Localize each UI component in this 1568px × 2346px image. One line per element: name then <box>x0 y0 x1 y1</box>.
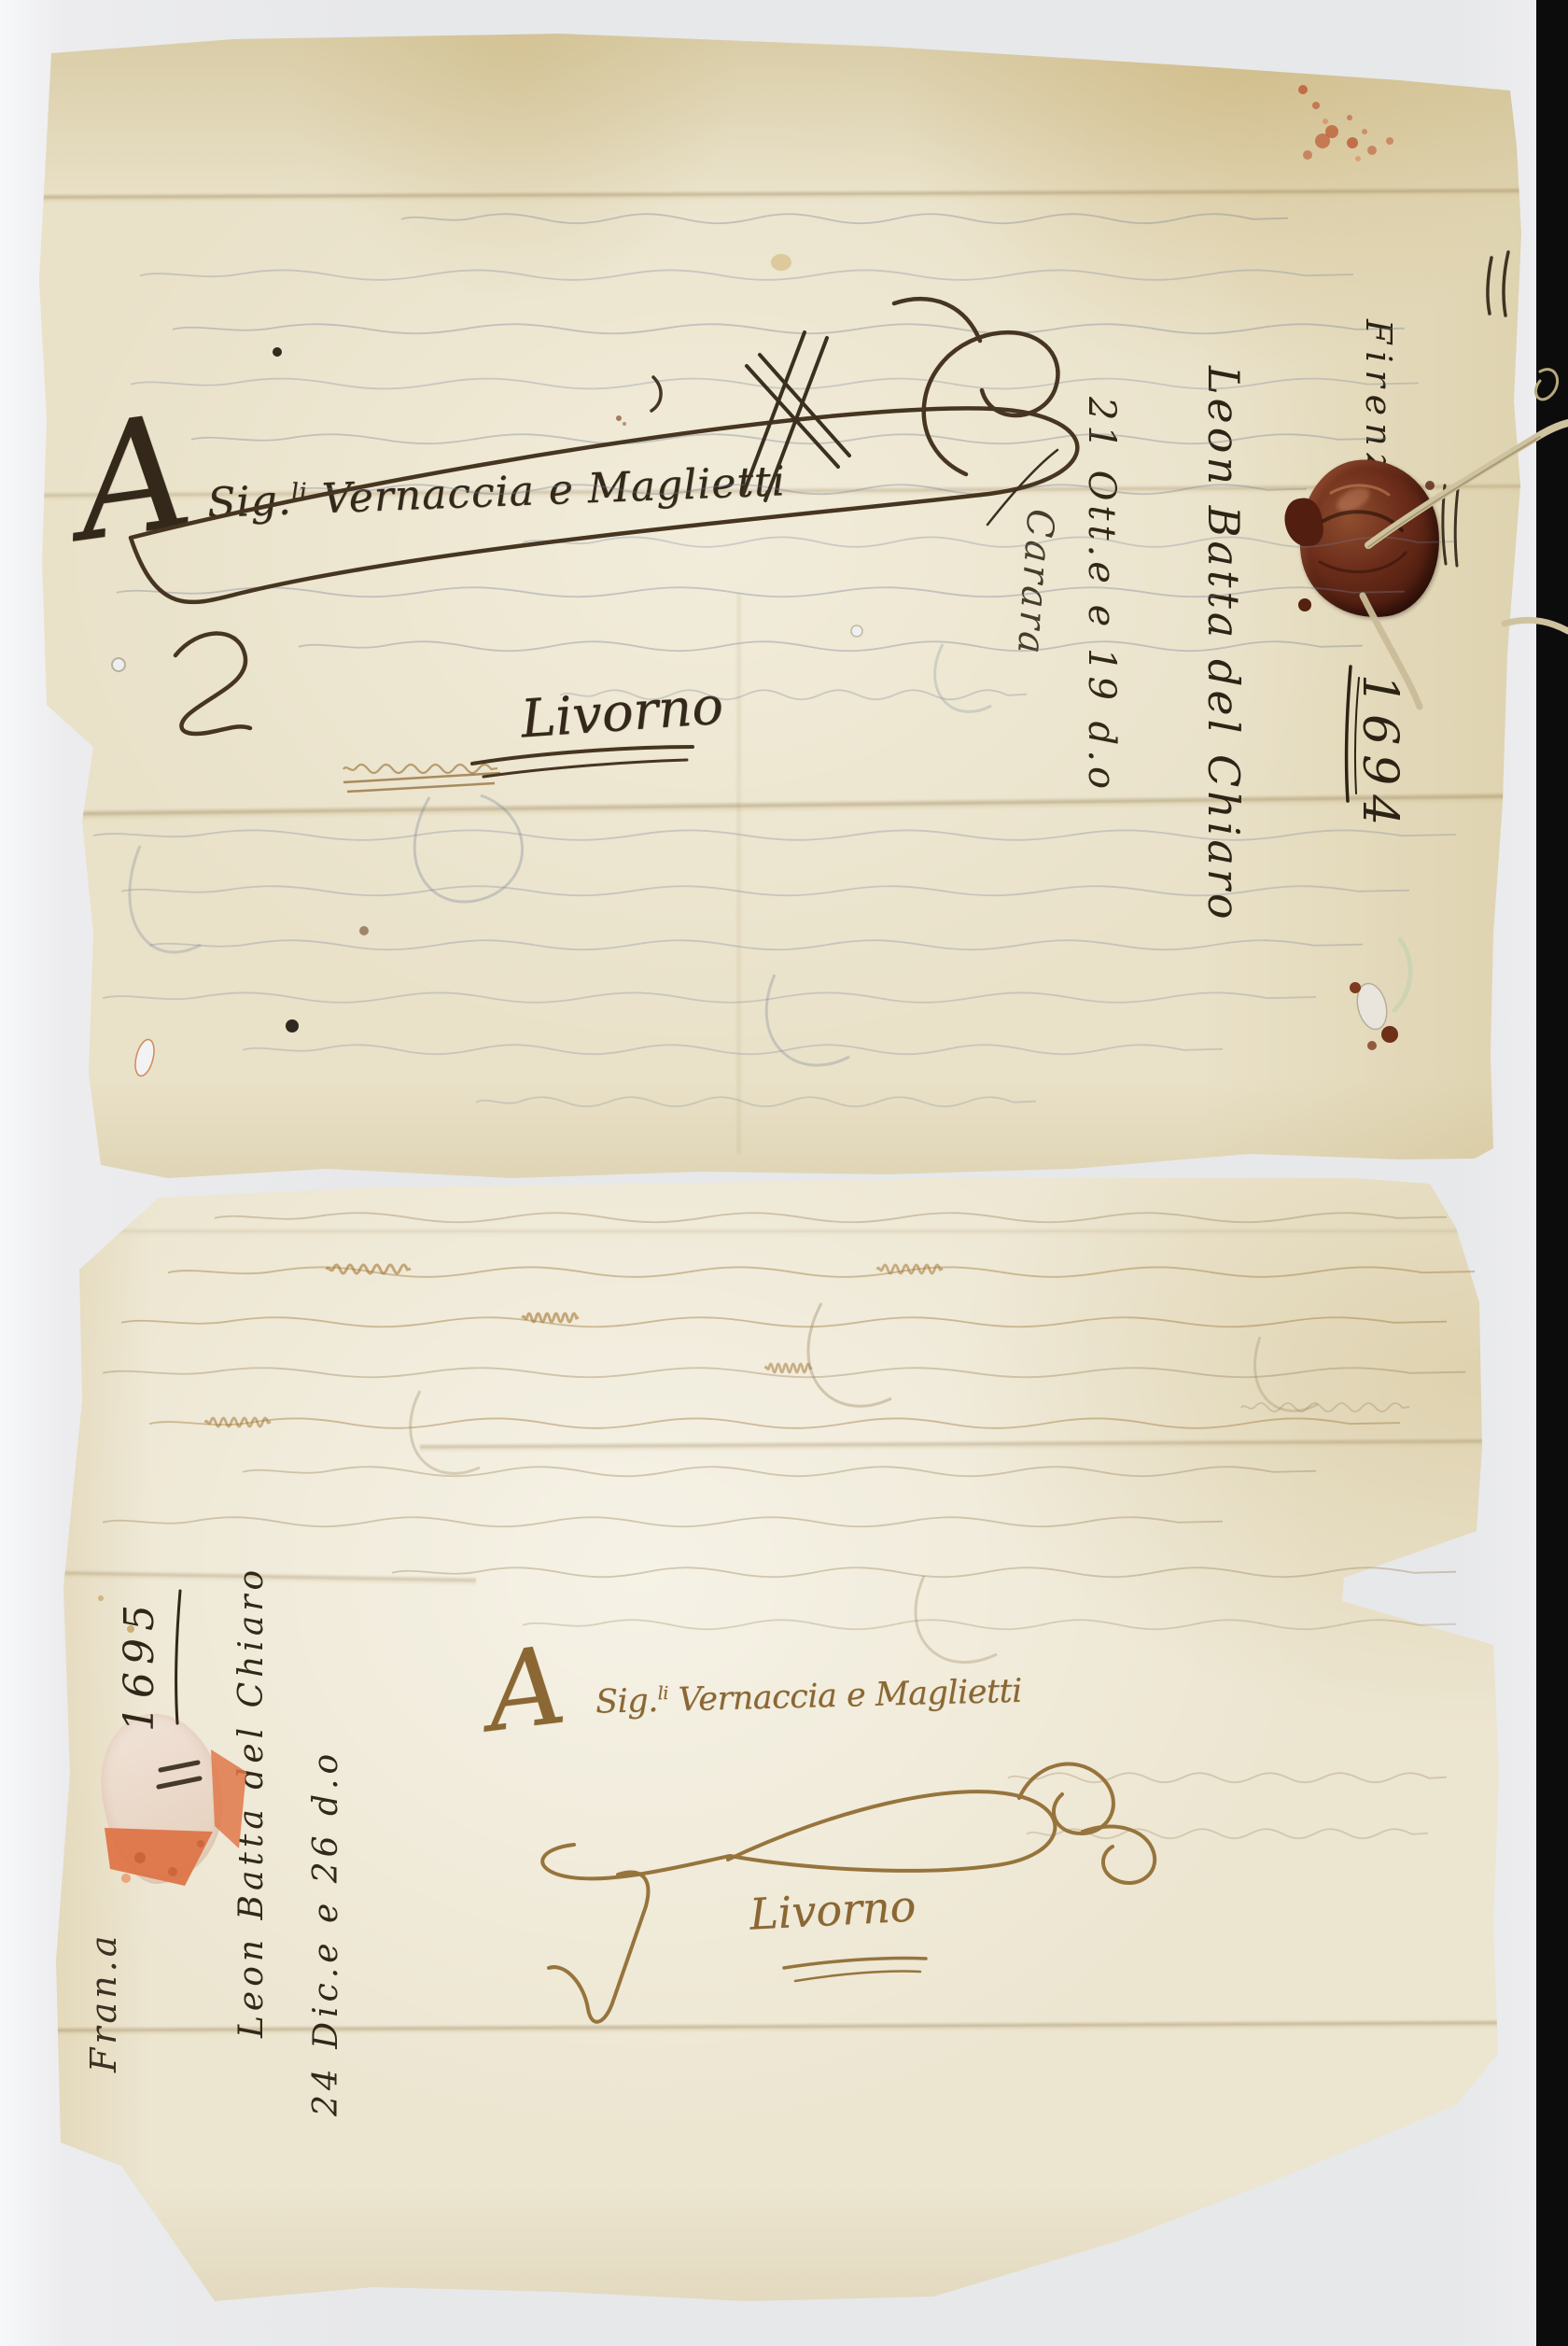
seal-cord <box>1350 370 1568 1050</box>
bleed-through-text-top <box>93 214 1456 1106</box>
annotation-strokes-top <box>987 252 1508 801</box>
photo-backdrop: A Sig.li Vernaccia e Maglietti Livorno L… <box>0 0 1568 2346</box>
destination-underline-bottom <box>784 1958 926 1981</box>
red-wax-smudge <box>1298 85 1393 162</box>
destination-underline-top <box>472 747 693 777</box>
bleed-through-text-bottom <box>103 1213 1475 1838</box>
ink-blots-and-holes <box>112 347 862 1078</box>
annotation-strokes-bottom <box>159 1591 200 1787</box>
ink-decorations <box>0 0 1568 2346</box>
seal-remnant <box>98 1595 246 1886</box>
flourish-paraph-bottom <box>542 1764 1155 2022</box>
